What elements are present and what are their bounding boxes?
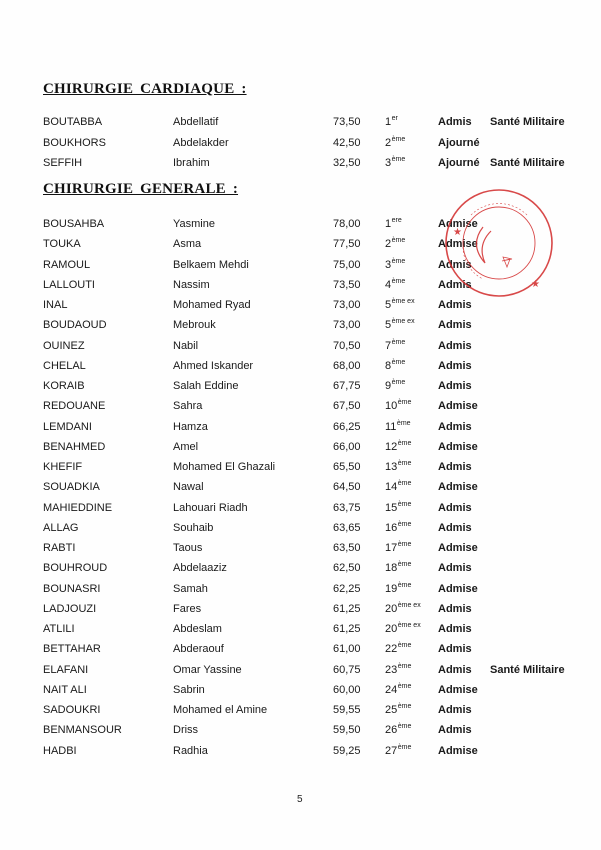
status: Admis [438,116,472,128]
rank-number: 23 [385,664,397,676]
last-name: ATLILI [43,623,75,635]
last-name: BOUTABBA [43,116,102,128]
rank-suffix: ème [398,561,412,568]
first-name: Samah [173,583,208,595]
status: Admis [438,461,472,473]
rank: 20ème ex [385,623,421,635]
first-name: Souhaib [173,522,213,534]
rank-suffix: ème [392,136,406,143]
score: 65,50 [333,461,361,473]
rank-number: 9 [385,380,391,392]
table-row: LEMDANIHamza66,2511èmeAdmis [0,421,601,439]
rank-suffix: ème [398,744,412,751]
table-row: BOUTABBAAbdellatif73,501erAdmisSanté Mil… [0,116,601,134]
rank: 18ème [385,562,411,574]
rank-suffix: er [392,115,398,122]
table-row: SEFFIHIbrahim32,503èmeAjournéSanté Milit… [0,157,601,175]
score: 61,25 [333,603,361,615]
rank-number: 27 [385,745,397,757]
rank: 20ème ex [385,603,421,615]
table-row: MAHIEDDINELahouari Riadh63,7515èmeAdmis [0,502,601,520]
last-name: ALLAG [43,522,78,534]
status: Admis [438,724,472,736]
first-name: Nassim [173,279,210,291]
rank-number: 5 [385,299,391,311]
rank-suffix: ème [397,420,411,427]
rank-number: 2 [385,137,391,149]
rank: 2ème [385,137,405,149]
table-row: NAIT ALISabrin60,0024èmeAdmise [0,684,601,702]
status: Admis [438,299,472,311]
score: 62,50 [333,562,361,574]
rank-number: 25 [385,704,397,716]
rank-number: 24 [385,684,397,696]
status: Admise [438,745,478,757]
table-row: REDOUANESahra67,5010èmeAdmise [0,400,601,418]
score: 32,50 [333,157,361,169]
score: 60,00 [333,684,361,696]
table-row: OUINEZNabil70,507èmeAdmis [0,340,601,358]
rank-number: 19 [385,583,397,595]
status: Admis [438,562,472,574]
first-name: Mohamed el Amine [173,704,267,716]
rank-suffix: ème [398,541,412,548]
score: 59,25 [333,745,361,757]
rank: 19ème [385,583,411,595]
rank-number: 1 [385,116,391,128]
first-name: Yasmine [173,218,215,230]
rank-suffix: ème [398,521,412,528]
score: 59,55 [333,704,361,716]
status: Admis [438,704,472,716]
first-name: Mohamed Ryad [173,299,251,311]
last-name: MAHIEDDINE [43,502,112,514]
table-row: CHELALAhmed Iskander68,008èmeAdmis [0,360,601,378]
table-row: BOUHROUDAbdelaaziz62,5018èmeAdmis [0,562,601,580]
status: Admis [438,421,472,433]
rank-number: 18 [385,562,397,574]
rank: 24ème [385,684,411,696]
status: Admise [438,441,478,453]
last-name: BOUHROUD [43,562,107,574]
rank-suffix: ème ex [392,298,415,305]
rank-suffix: ème [392,258,406,265]
rank-number: 20 [385,603,397,615]
rank: 9ème [385,380,405,392]
table-row: INALMohamed Ryad73,005ème exAdmis [0,299,601,317]
status: Admis [438,340,472,352]
document-page: CHIRURGIE CARDIAQUE : BOUTABBAAbdellatif… [0,0,601,850]
last-name: BOUDAOUD [43,319,107,331]
table-row: ELAFANIOmar Yassine60,7523èmeAdmisSanté … [0,664,601,682]
first-name: Driss [173,724,198,736]
rank-number: 3 [385,259,391,271]
rank-suffix: ere [392,217,402,224]
last-name: REDOUANE [43,400,105,412]
status: Admis [438,643,472,655]
rank: 8ème [385,360,405,372]
status: Ajourné [438,157,480,169]
status: Admis [438,623,472,635]
score: 70,50 [333,340,361,352]
table-row: BETTAHARAbderaouf61,0022èmeAdmis [0,643,601,661]
rank-number: 5 [385,319,391,331]
last-name: BOUSAHBA [43,218,104,230]
last-name: LADJOUZI [43,603,96,615]
table-row: ALLAGSouhaib63,6516èmeAdmis [0,522,601,540]
status: Admise [438,684,478,696]
table-row: LADJOUZIFares61,2520ème exAdmis [0,603,601,621]
first-name: Abderaouf [173,643,224,655]
rank: 22ème [385,643,411,655]
rank-number: 8 [385,360,391,372]
status: Ajourné [438,137,480,149]
first-name: Mohamed El Ghazali [173,461,275,473]
first-name: Lahouari Riadh [173,502,248,514]
last-name: RAMOUL [43,259,90,271]
status: Admis [438,319,472,331]
first-name: Ahmed Iskander [173,360,253,372]
last-name: ELAFANI [43,664,88,676]
rank: 16ème [385,522,411,534]
first-name: Belkaem Mehdi [173,259,249,271]
first-name: Sahra [173,400,202,412]
score: 73,00 [333,299,361,311]
status: Admise [438,238,478,250]
status: Admise [438,542,478,554]
last-name: CHELAL [43,360,86,372]
section-title-cardiac-surgery: CHIRURGIE CARDIAQUE : [43,81,247,98]
rank: 10ème [385,400,411,412]
score: 73,00 [333,319,361,331]
rank-number: 12 [385,441,397,453]
rank-suffix: ème ex [398,602,421,609]
last-name: TOUKA [43,238,81,250]
rank: 15ème [385,502,411,514]
score: 67,75 [333,380,361,392]
score: 64,50 [333,481,361,493]
table-row: HADBIRadhia59,2527èmeAdmise [0,745,601,763]
rank: 25ème [385,704,411,716]
last-name: KHEFIF [43,461,82,473]
rank: 12ème [385,441,411,453]
first-name: Nabil [173,340,198,352]
rank-suffix: ème [398,501,412,508]
last-name: BENMANSOUR [43,724,122,736]
table-row: SOUADKIANawal64,5014èmeAdmise [0,481,601,499]
rank-number: 13 [385,461,397,473]
rank-number: 3 [385,157,391,169]
table-row: KORAIBSalah Eddine67,759èmeAdmis [0,380,601,398]
score: 61,25 [333,623,361,635]
rank-number: 7 [385,340,391,352]
score: 66,00 [333,441,361,453]
last-name: BOUKHORS [43,137,106,149]
score: 66,25 [333,421,361,433]
status: Admis [438,664,472,676]
score: 78,00 [333,218,361,230]
rank: 1er [385,116,398,128]
rank-suffix: ème [398,440,412,447]
rank: 4ème [385,279,405,291]
note: Santé Militaire [490,116,565,128]
first-name: Abdelakder [173,137,229,149]
status: Admise [438,583,478,595]
table-row: BOUKHORSAbdelakder42,502èmeAjourné [0,137,601,155]
score: 42,50 [333,137,361,149]
rank-suffix: ème [392,379,406,386]
rank-suffix: ème ex [398,622,421,629]
last-name: OUINEZ [43,340,85,352]
first-name: Abdeslam [173,623,222,635]
table-row: BENAHMEDAmel66,0012èmeAdmise [0,441,601,459]
last-name: NAIT ALI [43,684,87,696]
first-name: Taous [173,542,202,554]
score: 67,50 [333,400,361,412]
page-number: 5 [297,794,303,805]
first-name: Sabrin [173,684,205,696]
last-name: INAL [43,299,67,311]
rank-suffix: ème [392,156,406,163]
score: 77,50 [333,238,361,250]
rank-number: 17 [385,542,397,554]
status: Admise [438,218,478,230]
last-name: BETTAHAR [43,643,101,655]
score: 59,50 [333,724,361,736]
rank-suffix: ème [392,278,406,285]
table-row: KHEFIFMohamed El Ghazali65,5013èmeAdmis [0,461,601,479]
rank: 3ème [385,157,405,169]
table-row: TOUKAAsma77,502èmeAdmise [0,238,601,256]
last-name: LALLOUTI [43,279,95,291]
table-row: RABTITaous63,5017èmeAdmise [0,542,601,560]
first-name: Mebrouk [173,319,216,331]
rank-number: 10 [385,400,397,412]
table-row: BOUSAHBAYasmine78,001ereAdmise [0,218,601,236]
table-row: BENMANSOURDriss59,5026èmeAdmis [0,724,601,742]
rank-number: 4 [385,279,391,291]
rank: 11ème [385,421,411,433]
last-name: RABTI [43,542,75,554]
last-name: BOUNASRI [43,583,100,595]
status: Admis [438,380,472,392]
score: 63,50 [333,542,361,554]
table-row: BOUDAOUDMebrouk73,005ème exAdmis [0,319,601,337]
rank-number: 20 [385,623,397,635]
score: 75,00 [333,259,361,271]
rank-suffix: ème [398,480,412,487]
rank-number: 15 [385,502,397,514]
first-name: Asma [173,238,201,250]
first-name: Ibrahim [173,157,210,169]
rank: 17ème [385,542,411,554]
rank: 13ème [385,461,411,473]
rank: 23ème [385,664,411,676]
rank-number: 16 [385,522,397,534]
rank: 3ème [385,259,405,271]
status: Admis [438,279,472,291]
rank-suffix: ème [398,642,412,649]
first-name: Hamza [173,421,208,433]
first-name: Amel [173,441,198,453]
status: Admis [438,259,472,271]
status: Admis [438,502,472,514]
status: Admis [438,360,472,372]
last-name: SEFFIH [43,157,82,169]
first-name: Abdellatif [173,116,218,128]
rank-number: 14 [385,481,397,493]
rank-suffix: ème [398,723,412,730]
rank-suffix: ème [398,582,412,589]
status: Admise [438,481,478,493]
score: 68,00 [333,360,361,372]
score: 63,65 [333,522,361,534]
rank-suffix: ème [398,683,412,690]
rank-suffix: ème [392,339,406,346]
rank: 5ème ex [385,319,415,331]
table-row: ATLILIAbdeslam61,2520ème exAdmis [0,623,601,641]
rank-suffix: ème [398,663,412,670]
last-name: SOUADKIA [43,481,100,493]
rank-number: 2 [385,238,391,250]
first-name: Abdelaaziz [173,562,227,574]
table-row: LALLOUTINassim73,504èmeAdmis [0,279,601,297]
last-name: KORAIB [43,380,85,392]
rank: 1ere [385,218,402,230]
rank-number: 11 [385,421,396,433]
rank: 2ème [385,238,405,250]
score: 61,00 [333,643,361,655]
rank: 14ème [385,481,411,493]
status: Admis [438,522,472,534]
rank-number: 26 [385,724,397,736]
score: 62,25 [333,583,361,595]
note: Santé Militaire [490,157,565,169]
rank-number: 22 [385,643,397,655]
rank-number: 1 [385,218,391,230]
first-name: Nawal [173,481,204,493]
score: 63,75 [333,502,361,514]
rank-suffix: ème [398,460,412,467]
table-row: SADOUKRIMohamed el Amine59,5525èmeAdmis [0,704,601,722]
rank: 5ème ex [385,299,415,311]
status: Admis [438,603,472,615]
first-name: Fares [173,603,201,615]
rank: 26ème [385,724,411,736]
last-name: HADBI [43,745,77,757]
status: Admise [438,400,478,412]
last-name: BENAHMED [43,441,105,453]
rank: 7ème [385,340,405,352]
score: 60,75 [333,664,361,676]
rank-suffix: ème [398,399,412,406]
note: Santé Militaire [490,664,565,676]
first-name: Omar Yassine [173,664,242,676]
score: 73,50 [333,116,361,128]
first-name: Radhia [173,745,208,757]
score: 73,50 [333,279,361,291]
rank-suffix: ème [392,237,406,244]
table-row: RAMOULBelkaem Mehdi75,003èmeAdmis [0,259,601,277]
first-name: Salah Eddine [173,380,238,392]
rank-suffix: ème [392,359,406,366]
table-row: BOUNASRISamah62,2519èmeAdmise [0,583,601,601]
rank-suffix: ème ex [392,318,415,325]
last-name: SADOUKRI [43,704,100,716]
last-name: LEMDANI [43,421,92,433]
section-title-general-surgery: CHIRURGIE GENERALE : [43,181,238,198]
rank: 27ème [385,745,411,757]
rank-suffix: ème [398,703,412,710]
